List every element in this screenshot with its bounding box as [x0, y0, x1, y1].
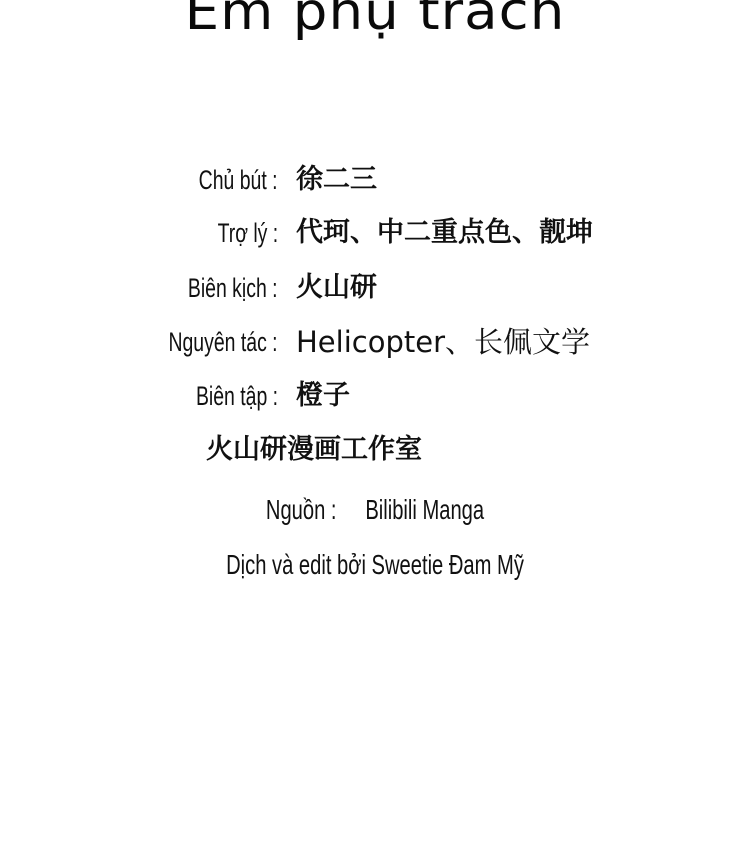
credit-value: 代珂、中二重点色、靓坤: [296, 213, 593, 253]
credit-value: Helicopter、长佩文学: [296, 322, 590, 362]
source-value: Bilibili Manga: [365, 494, 484, 525]
credit-value: 橙子: [296, 376, 350, 416]
translator-credit: Dịch và edit bởi Sweetie Đam Mỹ: [105, 545, 645, 585]
credit-value: 徐二三: [296, 160, 377, 200]
credit-row-editor: Biên tập : 橙子: [0, 376, 750, 416]
credit-label: Biên kịch :: [188, 268, 278, 308]
credit-row-assistant: Trợ lý : 代珂、中二重点色、靓坤: [0, 213, 750, 253]
studio-name: 火山研漫画工作室: [206, 430, 422, 470]
credit-label: Chủ bút :: [199, 160, 278, 200]
credit-label: Biên tập :: [196, 376, 278, 416]
source-line: Nguồn :Bilibili Manga: [105, 490, 645, 530]
page-title: Em phụ trách: [0, 0, 750, 42]
source-label: Nguồn :: [266, 494, 337, 525]
credit-row-screenwriter: Biên kịch : 火山研: [0, 268, 750, 308]
credit-label: Nguyên tác :: [169, 322, 278, 362]
credit-label: Trợ lý :: [217, 213, 278, 253]
credit-value: 火山研: [296, 268, 377, 308]
credit-row-chief-artist: Chủ bút : 徐二三: [0, 160, 750, 200]
credit-row-original-author: Nguyên tác : Helicopter、长佩文学: [0, 322, 750, 362]
